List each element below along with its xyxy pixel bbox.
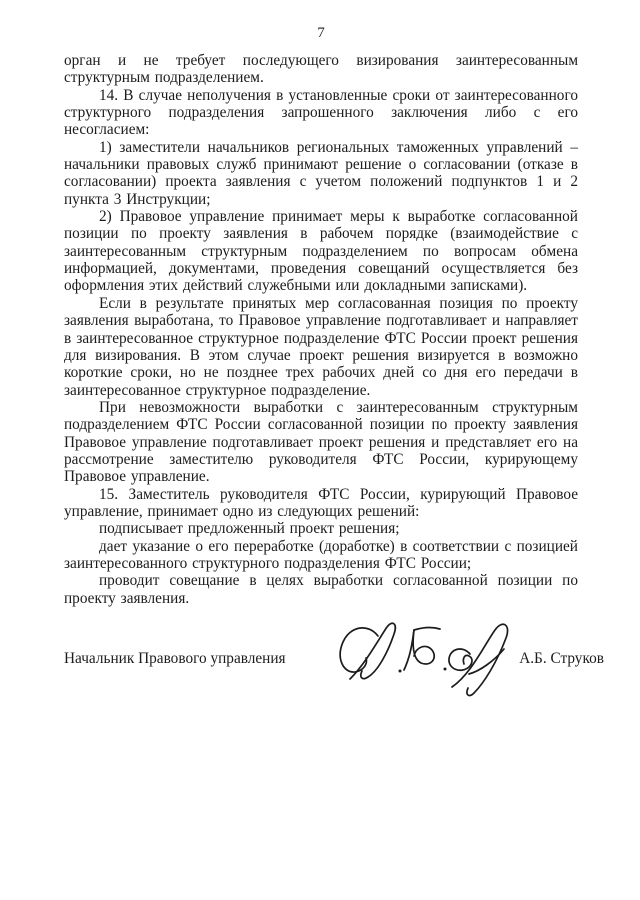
signature-block: Начальник Правового управления А.Б. Стру… [64,619,578,699]
paragraph: подписывает предложенный проект решения; [64,520,578,537]
document-body: орган и не требует последующего визирова… [64,52,578,607]
signatory-position: Начальник Правового управления [64,650,286,668]
signatory-name: А.Б. Струков [519,650,604,668]
paragraph: проводит совещание в целях выработки сог… [64,572,578,607]
document-page: 7 орган и не требует последующего визиро… [0,0,640,900]
paragraph: 15. Заместитель руководителя ФТС России,… [64,486,578,521]
paragraph: дает указание о его переработке (доработ… [64,538,578,573]
paragraph: 2) Правовое управление принимает меры к … [64,208,578,295]
paragraph: Если в результате принятых мер согласова… [64,295,578,399]
paragraph: орган и не требует последующего визирова… [64,52,578,87]
paragraph: 1) заместители начальников региональных … [64,139,578,208]
paragraph: 14. В случае неполучения в установленные… [64,87,578,139]
page-number: 7 [64,25,578,42]
handwritten-signature-icon [328,619,516,699]
paragraph: При невозможности выработки с заинтересо… [64,399,578,486]
